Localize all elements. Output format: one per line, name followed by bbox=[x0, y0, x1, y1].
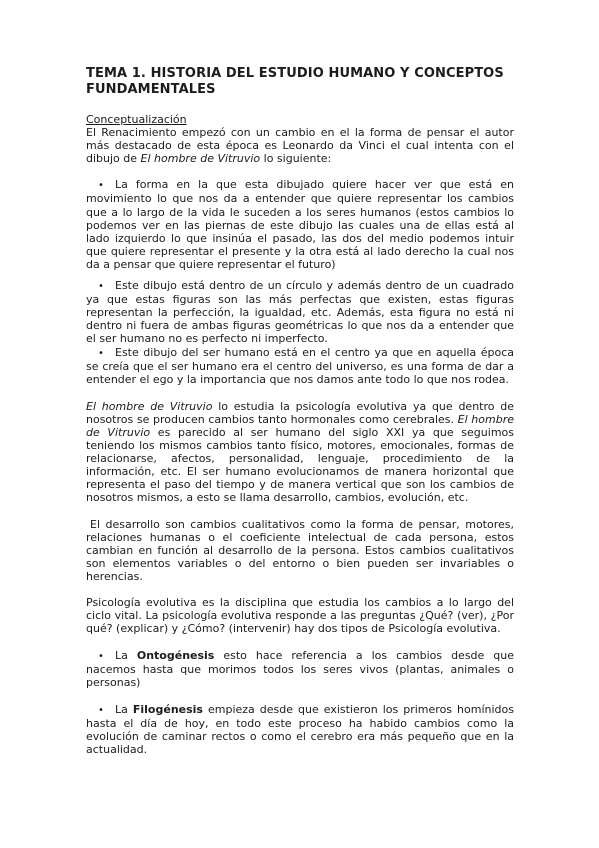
bullet-marker: • bbox=[98, 280, 115, 293]
vitruvio-analysis-text-2: es parecido al ser humano del siglo XXI … bbox=[86, 426, 514, 504]
bullet-marker: • bbox=[98, 179, 115, 192]
vitruvio-analysis-paragraph: El hombre de Vitruvio lo estudia la psic… bbox=[86, 400, 514, 505]
document-title: TEMA 1. HISTORIA DEL ESTUDIO HUMANO Y CO… bbox=[86, 66, 514, 98]
bullet-center-text: Este dibujo del ser humano está en el ce… bbox=[86, 346, 514, 386]
bullet-item-geometry: •Este dibujo está dentro de un círculo y… bbox=[86, 279, 514, 345]
vitruvio-work-title: El hombre de Vitruvio bbox=[86, 400, 212, 413]
section-heading-text: Conceptualización bbox=[86, 113, 187, 126]
bullet-movement-text: La forma en la que esta dibujado quiere … bbox=[86, 178, 514, 271]
bullet-item-filogenesis: •La Filogénesis empieza desde que existi… bbox=[86, 703, 514, 756]
bullet-geometry-text: Este dibujo está dentro de un círculo y … bbox=[86, 279, 514, 345]
ontogenesis-term: Ontogénesis bbox=[137, 649, 215, 662]
bullet-item-ontogenesis: •La Ontogénesis esto hace referencia a l… bbox=[86, 649, 514, 689]
intro-paragraph: El Renacimiento empezó con un cambio en … bbox=[86, 126, 514, 165]
section-heading: Conceptualización bbox=[86, 113, 514, 126]
document-page: TEMA 1. HISTORIA DEL ESTUDIO HUMANO Y CO… bbox=[0, 0, 599, 848]
bullet-item-movement: •La forma en la que esta dibujado quiere… bbox=[86, 178, 514, 271]
vitruvio-work-title: El hombre de Vitruvio bbox=[141, 152, 261, 165]
bullet-marker: • bbox=[98, 347, 115, 360]
desarrollo-paragraph: El desarrollo son cambios cualitativos c… bbox=[86, 518, 514, 583]
filogenesis-text-before: La bbox=[115, 703, 133, 716]
bullet-marker: • bbox=[98, 650, 115, 663]
intro-text-after: lo siguiente: bbox=[260, 152, 331, 165]
bullet-marker: • bbox=[98, 704, 115, 717]
ontogenesis-text-before: La bbox=[115, 649, 137, 662]
bullet-item-center: •Este dibujo del ser humano está en el c… bbox=[86, 346, 514, 386]
psicologia-paragraph: Psicología evolutiva es la disciplina qu… bbox=[86, 596, 514, 635]
filogenesis-term: Filogénesis bbox=[133, 703, 203, 716]
